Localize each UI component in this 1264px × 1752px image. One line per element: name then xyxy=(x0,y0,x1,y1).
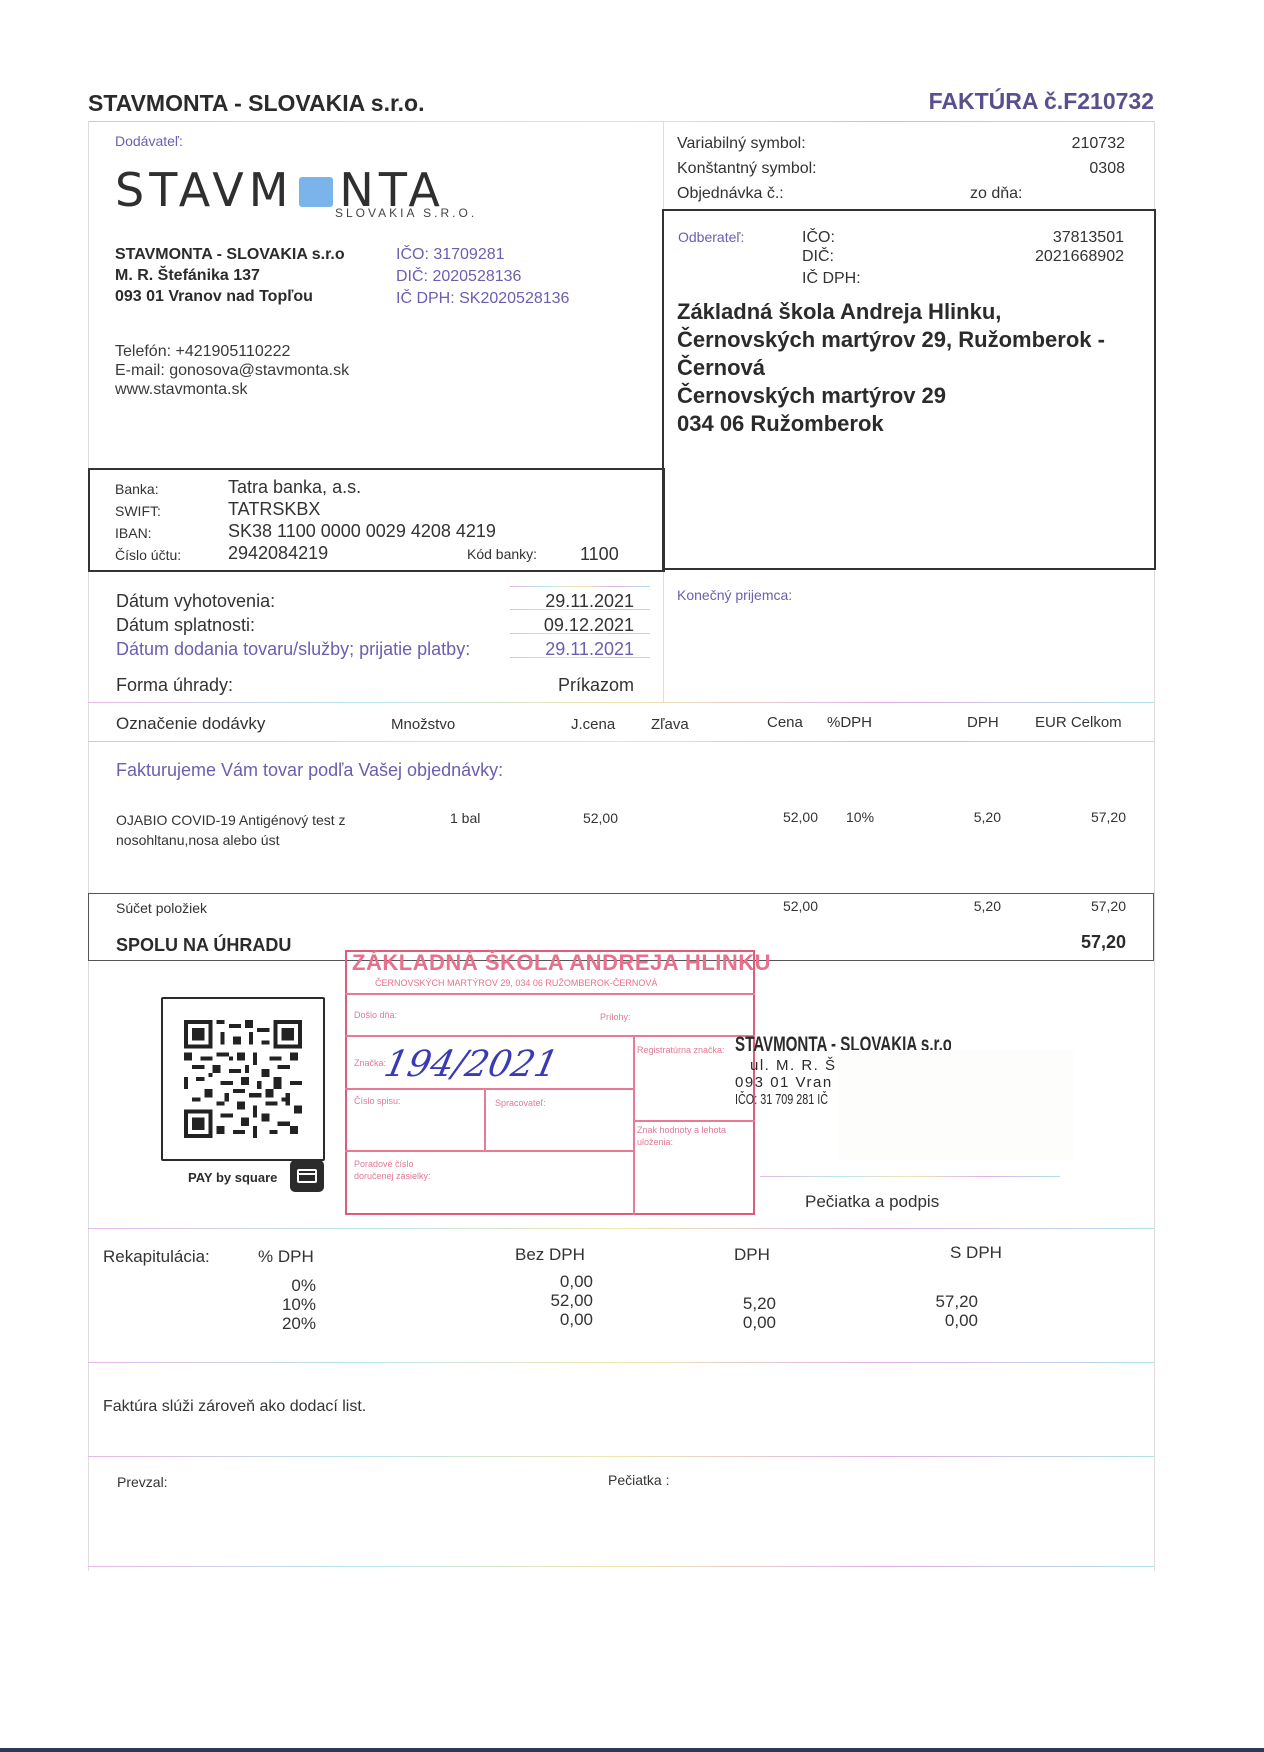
recap-total: 0,00 xyxy=(935,1311,978,1330)
constant-symbol-value: 0308 xyxy=(1089,156,1125,181)
logo-text-left: STAVM xyxy=(115,163,293,217)
account-value: 2942084219 xyxy=(228,542,496,564)
supplier-ico: IČO: 31709281 xyxy=(396,244,569,266)
swift-value: TATRSKBX xyxy=(228,498,496,520)
iban-label: IBAN: xyxy=(115,522,181,544)
qr-caption: PAY by square xyxy=(188,1170,277,1185)
bank-label: Banka: xyxy=(115,478,181,500)
item-vat: 5,20 xyxy=(974,809,1001,825)
account-label: Číslo účtu: xyxy=(115,544,181,566)
item-name: OJABIO COVID-19 Antigénový test z xyxy=(116,810,346,830)
recap-base: 0,00 xyxy=(550,1272,593,1291)
handwritten-registry-number: 194/2021 xyxy=(381,1044,562,1085)
col-quantity: Množstvo xyxy=(391,716,455,733)
recap-col-total: S DPH xyxy=(950,1243,1002,1263)
customer-address-line: Černovských martýrov 29, Ružomberok - xyxy=(677,326,1105,354)
supplier-label: Dodávateľ: xyxy=(115,133,183,149)
col-unit-price: J.cena xyxy=(571,716,615,733)
order-number-label: Objednávka č.: xyxy=(677,185,784,202)
customer-address-line: Černová xyxy=(677,354,1105,382)
table-row: OJABIO COVID-19 Antigénový test z nosohl… xyxy=(0,810,1264,850)
received-by-label: Prevzal: xyxy=(117,1474,168,1490)
company-heading: STAVMONTA - SLOVAKIA s.r.o. xyxy=(88,90,425,117)
due-date-label: Dátum splatnosti: xyxy=(116,613,470,637)
recap-rate: 0% xyxy=(282,1276,316,1295)
delivery-note: Faktúra slúži zároveň ako dodací list. xyxy=(103,1398,366,1416)
stamp-field-received: Došlo dňa: xyxy=(354,1010,397,1020)
item-unit-price: 52,00 xyxy=(583,810,618,826)
customer-label: Odberateľ: xyxy=(678,229,744,245)
sum-total: 57,20 xyxy=(1091,898,1126,914)
supplier-icdph: IČ DPH: SK2020528136 xyxy=(396,288,569,310)
supplier-street: M. R. Štefánika 137 xyxy=(115,265,345,286)
bank-value: Tatra banka, a.s. xyxy=(228,476,496,498)
amount-due-label: SPOLU NA ÚHRADU xyxy=(116,935,291,956)
recap-vat: 5,20 xyxy=(743,1294,776,1313)
registry-stamp-subtitle: ČERNOVSKÝCH MARTÝROV 29, 034 06 RUŽOMBER… xyxy=(375,978,657,988)
stamp-label: Pečiatka : xyxy=(608,1472,669,1488)
customer-ico-label: IČO: xyxy=(802,228,861,247)
stamp-redaction xyxy=(838,1050,1073,1160)
col-vat: DPH xyxy=(967,714,999,731)
sum-vat: 5,20 xyxy=(974,898,1001,914)
order-date-label: zo dňa: xyxy=(970,181,1022,206)
customer-ico-value: 37813501 xyxy=(1035,228,1124,247)
customer-address-line: 034 06 Ružomberok xyxy=(677,410,1105,438)
supplier-website[interactable]: www.stavmonta.sk xyxy=(115,380,349,399)
registry-stamp-title: ZÁKLADNÁ ŠKOLA ANDREJA HLINKU xyxy=(352,950,771,976)
supplier-phone: Telefón: +421905110222 xyxy=(115,342,349,361)
iban-value: SK38 1100 0000 0029 4208 4219 xyxy=(228,520,496,542)
variable-symbol-value: 210732 xyxy=(1072,131,1125,156)
swift-label: SWIFT: xyxy=(115,500,181,522)
sum-label: Súčet položiek xyxy=(116,900,207,916)
items-intro: Fakturujeme Vám tovar podľa Vašej objedn… xyxy=(116,760,503,781)
constant-symbol-label: Konštantný symbol: xyxy=(677,160,817,177)
supplier-city: 093 01 Vranov nad Topľou xyxy=(115,286,345,307)
stamp-field-handler: Spracovateľ: xyxy=(495,1098,546,1108)
item-price: 52,00 xyxy=(783,809,818,825)
stamp-field-retention: Znak hodnoty a lehota uloženia: xyxy=(637,1124,747,1148)
customer-dic-label: DIČ: xyxy=(802,247,861,266)
supplier-dic: DIČ: 2020528136 xyxy=(396,266,569,288)
stamp-field-attachments: Prílohy: xyxy=(600,1012,631,1022)
col-vat-pct: %DPH xyxy=(827,714,872,731)
recap-base: 52,00 xyxy=(550,1291,593,1310)
customer-icdph-label: IČ DPH: xyxy=(802,269,861,288)
recap-col-base: Bez DPH xyxy=(515,1245,585,1265)
item-total: 57,20 xyxy=(1091,809,1126,825)
delivery-date-label: Dátum dodania tovaru/služby; prijatie pl… xyxy=(116,637,470,661)
delivery-date-value: 29.11.2021 xyxy=(500,637,634,661)
qr-code-frame xyxy=(161,997,325,1161)
stamp-field-file: Číslo spisu: xyxy=(354,1096,401,1106)
issue-date-label: Dátum vyhotovenia: xyxy=(116,589,470,613)
signature-label: Pečiatka a podpis xyxy=(805,1192,939,1212)
payment-method-value: Príkazom xyxy=(500,673,634,697)
bank-code-label: Kód banky: xyxy=(467,546,537,562)
stamp-field-sequence: Poradové číslo doručenej zásielky: xyxy=(354,1158,434,1182)
logo-square-icon xyxy=(299,177,333,207)
customer-address: Základná škola Andreja Hlinku, Černovský… xyxy=(677,298,1105,438)
final-recipient-label: Konečný prijemca: xyxy=(677,587,792,603)
invoice-title: FAKTÚRA č.F210732 xyxy=(929,88,1154,115)
recap-col-vat: DPH xyxy=(734,1245,770,1265)
card-payment-icon xyxy=(290,1160,324,1192)
recap-label: Rekapitulácia: xyxy=(103,1247,210,1267)
due-date-value: 09.12.2021 xyxy=(500,613,634,637)
col-discount: Zľava xyxy=(651,716,689,733)
bank-code-value: 1100 xyxy=(580,544,619,565)
supplier-email[interactable]: E-mail: gonosova@stavmonta.sk xyxy=(115,361,349,380)
recap-total: 57,20 xyxy=(935,1292,978,1311)
payment-method-label: Forma úhrady: xyxy=(116,673,470,697)
col-total: EUR Celkom xyxy=(1035,714,1122,731)
col-price: Cena xyxy=(767,714,803,731)
recap-rate: 10% xyxy=(282,1295,316,1314)
scan-bottom-edge xyxy=(0,1748,1264,1752)
stamp-field-registry: Registratúrna značka: xyxy=(637,1045,725,1055)
customer-address-line: Základná škola Andreja Hlinku, xyxy=(677,298,1105,326)
recap-rate: 20% xyxy=(282,1314,316,1333)
stamp-field-number: Značka: xyxy=(354,1058,386,1068)
variable-symbol-label: Variabilný symbol: xyxy=(677,135,806,152)
col-description: Označenie dodávky xyxy=(116,714,265,734)
recap-base: 0,00 xyxy=(550,1310,593,1329)
supplier-name: STAVMONTA - SLOVAKIA s.r.o xyxy=(115,244,345,265)
item-qty: 1 bal xyxy=(450,810,480,826)
amount-due-value: 57,20 xyxy=(1081,932,1126,953)
issue-date-value: 29.11.2021 xyxy=(500,589,634,613)
recap-col-rate: % DPH xyxy=(258,1247,314,1267)
item-vat-pct: 10% xyxy=(846,809,874,825)
item-name-cont: nosohltanu,nosa alebo úst xyxy=(116,830,346,850)
items-header: Označenie dodávky Množstvo J.cena Zľava … xyxy=(0,714,1264,736)
qr-code-icon[interactable] xyxy=(184,1020,302,1138)
recap-vat: 0,00 xyxy=(743,1313,776,1332)
customer-address-line: Černovských martýrov 29 xyxy=(677,382,1105,410)
sum-price: 52,00 xyxy=(783,898,818,914)
logo-subtitle: SLOVAKIA S.R.O. xyxy=(335,206,477,220)
customer-dic-value: 2021668902 xyxy=(1035,247,1124,266)
